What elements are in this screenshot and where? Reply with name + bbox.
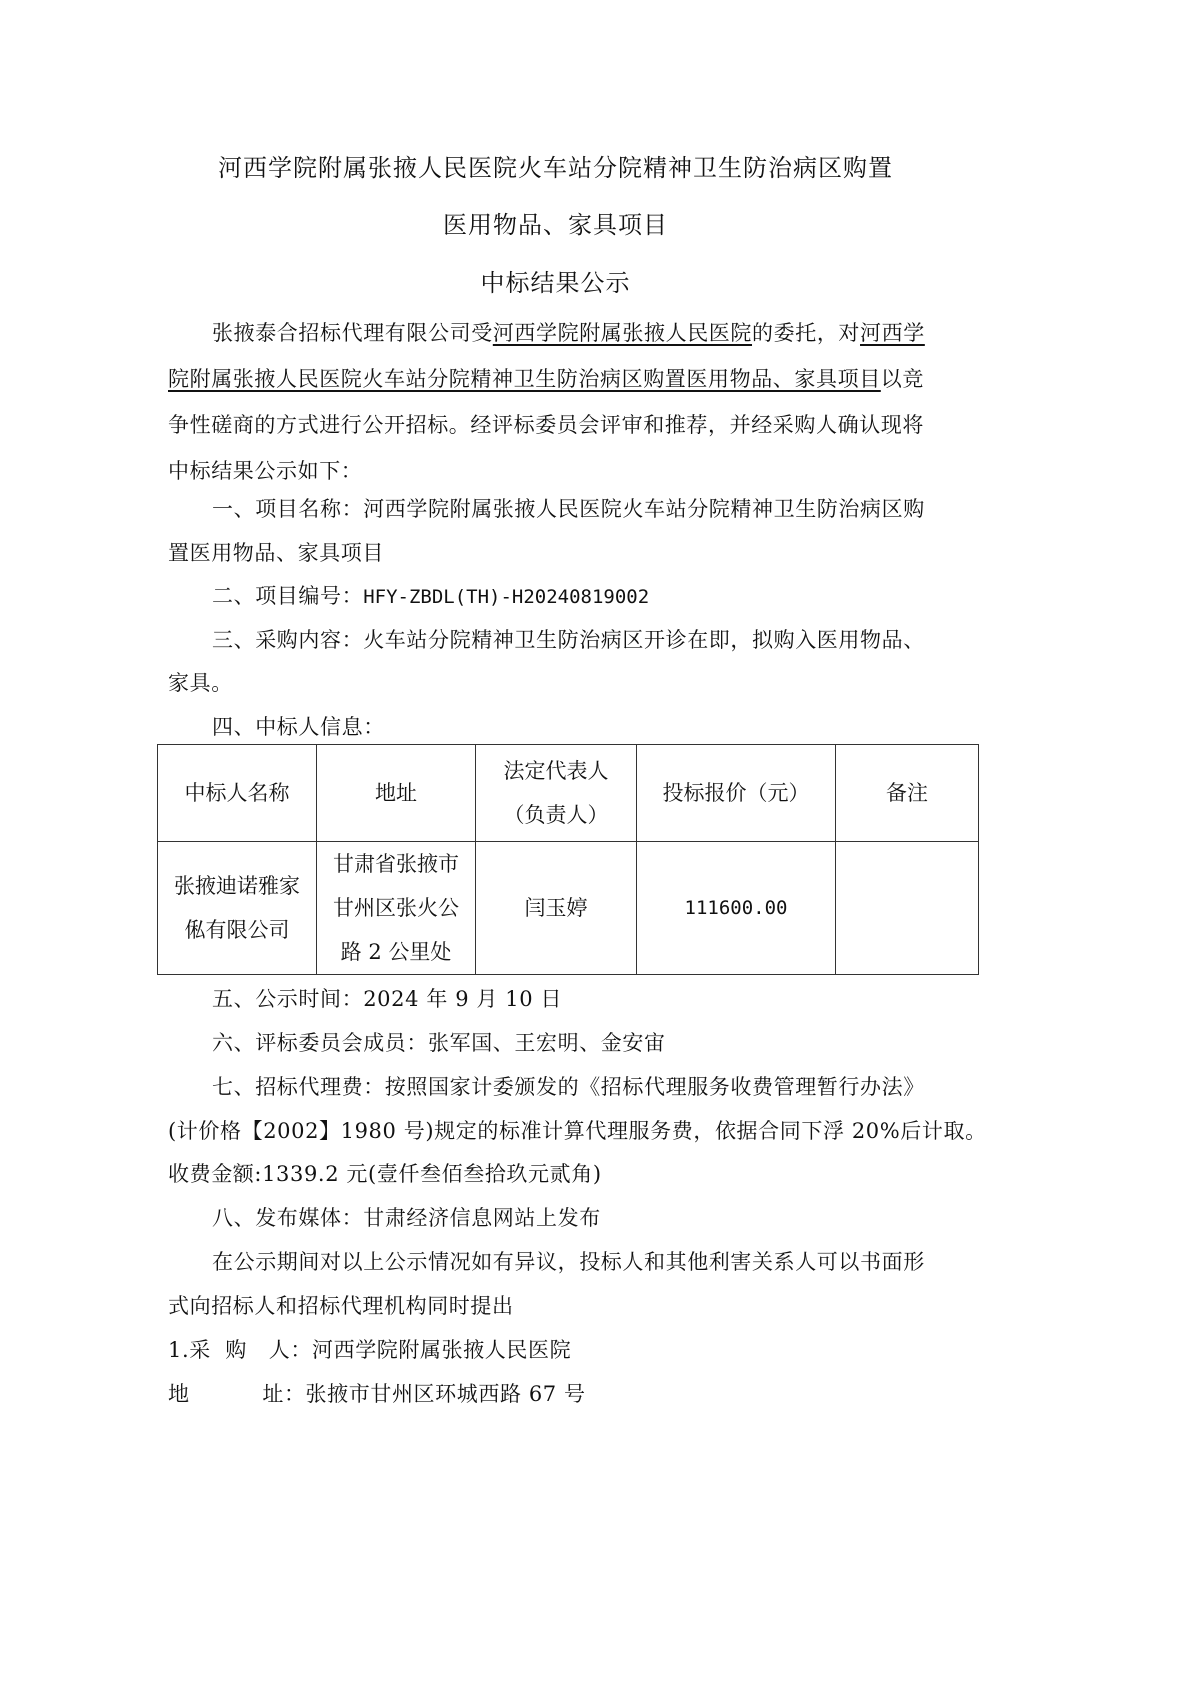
intro-paragraph-line-4: 中标结果公示如下： [168,455,943,485]
intro-paragraph-line-2: 院附属张掖人民医院火车站分院精神卫生防治病区购置医用物品、家具项目以竞 [168,363,943,393]
section-procurement-content: 三、采购内容：火车站分院精神卫生防治病区开诊在即，拟购入医用物品、 [212,624,943,654]
contact-purchaser: 1.采 购 人：河西学院附属张掖人民医院 [168,1334,943,1364]
cell-winner-name: 张掖迪诺雅家 俬有限公司 [158,842,317,975]
section-procurement-content-cont: 家具。 [168,667,943,697]
purchaser-name-underlined: 河西学院附属张掖人民医院 [493,321,752,345]
objection-notice-cont: 式向招标人和招标代理机构同时提出 [168,1290,943,1320]
section-committee-members: 六、评标委员会成员：张军国、王宏明、金安宙 [212,1027,943,1057]
section-announcement-date: 五、公示时间：2024 年 9 月 10 日 [212,983,943,1013]
project-name-underlined: 河西学 [860,321,925,345]
project-number-value: HFY-ZBDL(TH)-H20240819002 [363,586,649,608]
project-name-underlined: 院附属张掖人民医院火车站分院精神卫生防治病区购置医用物品、家具项目 [168,367,881,391]
intro-paragraph-line-3: 争性磋商的方式进行公开招标。经评标委员会评审和推荐，并经采购人确认现将 [168,409,943,439]
header-legal-representative: 法定代表人 （负责人） [476,745,637,842]
intro-text: 以竞 [881,367,924,391]
title-line-3: 中标结果公示 [0,263,1111,298]
header-address: 地址 [317,745,476,842]
intro-text: 的委托，对 [752,321,860,345]
header-legal-rep-line-1: 法定代表人 [480,749,632,793]
section-winner-info-heading: 四、中标人信息： [212,711,943,741]
cell-legal-representative: 闫玉婷 [476,842,637,975]
header-legal-rep-line-2: （负责人） [480,793,632,837]
section-project-number: 二、项目编号：HFY-ZBDL(TH)-H20240819002 [212,580,943,610]
intro-text: 张掖泰合招标代理有限公司受 [212,321,493,345]
document-page: 河西学院附属张掖人民医院火车站分院精神卫生防治病区购置 医用物品、家具项目 中标… [0,0,1191,1684]
table-header-row: 中标人名称 地址 法定代表人 （负责人） 投标报价（元） 备注 [158,745,979,842]
section-agency-fee-cont-1: (计价格【2002】1980 号)规定的标准计算代理服务费，依据合同下浮 20%… [168,1115,943,1145]
address-line-2: 甘州区张火公 [321,886,471,930]
cell-remark [836,842,979,975]
cell-bid-price: 111600.00 [637,842,836,975]
winner-name-line-1: 张掖迪诺雅家 [162,864,312,908]
section-publishing-media: 八、发布媒体：甘肃经济信息网站上发布 [212,1202,943,1232]
header-bid-price: 投标报价（元） [637,745,836,842]
header-remark: 备注 [836,745,979,842]
objection-notice: 在公示期间对以上公示情况如有异议，投标人和其他利害关系人可以书面形 [212,1246,943,1276]
section-agency-fee-amount: 收费金额:1339.2 元(壹仟叁佰叁拾玖元贰角) [168,1158,943,1188]
title-line-1: 河西学院附属张掖人民医院火车站分院精神卫生防治病区购置 [0,148,1111,183]
header-winner-name: 中标人名称 [158,745,317,842]
address-line-1: 甘肃省张掖市 [321,842,471,886]
project-number-label: 二、项目编号： [212,584,363,608]
cell-address: 甘肃省张掖市 甘州区张火公 路 2 公里处 [317,842,476,975]
section-agency-fee: 七、招标代理费：按照国家计委颁发的《招标代理服务收费管理暂行办法》 [212,1071,943,1101]
winner-table: 中标人名称 地址 法定代表人 （负责人） 投标报价（元） 备注 张掖迪诺雅家 俬… [157,744,979,975]
winner-name-line-2: 俬有限公司 [162,908,312,952]
contact-address: 地 址：张掖市甘州区环城西路 67 号 [168,1378,943,1408]
intro-paragraph-line-1: 张掖泰合招标代理有限公司受河西学院附属张掖人民医院的委托，对河西学 [212,317,943,347]
title-line-2: 医用物品、家具项目 [0,205,1111,240]
table-row: 张掖迪诺雅家 俬有限公司 甘肃省张掖市 甘州区张火公 路 2 公里处 闫玉婷 1… [158,842,979,975]
address-line-3: 路 2 公里处 [321,930,471,974]
section-project-name-cont: 置医用物品、家具项目 [168,537,943,567]
section-project-name: 一、项目名称：河西学院附属张掖人民医院火车站分院精神卫生防治病区购 [212,493,943,523]
